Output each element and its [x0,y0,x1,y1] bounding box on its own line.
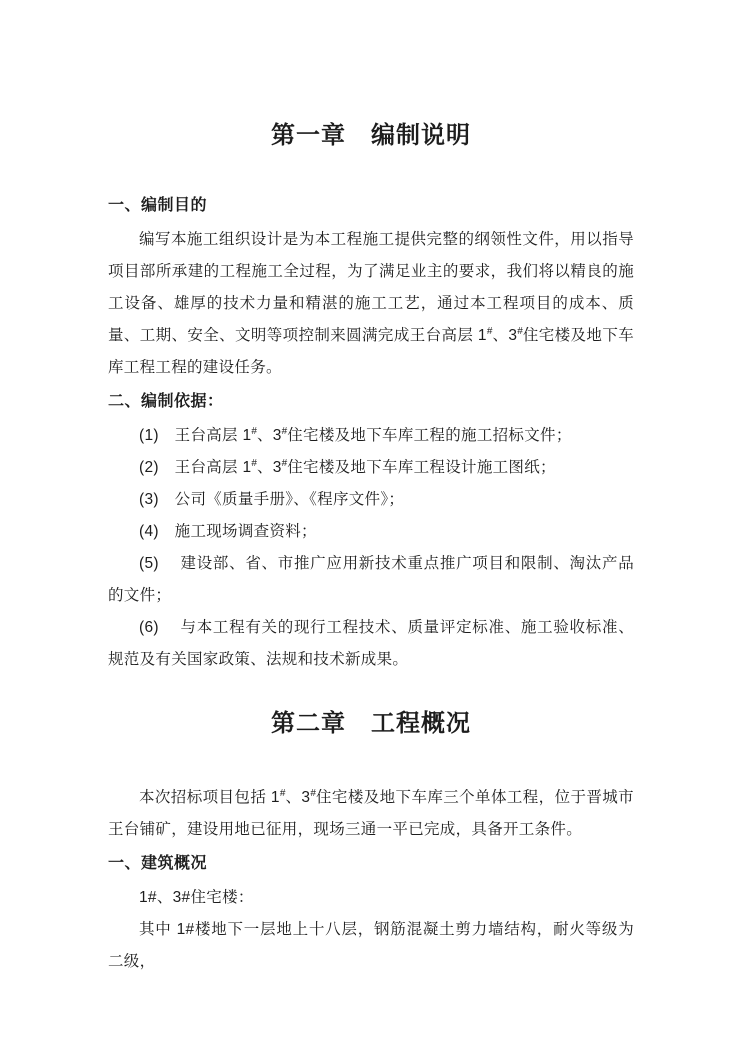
chapter1-basis-heading: 二、编制依据： [108,386,634,418]
basis-item-3: (3) 公司《质量手册》、《程序文件》； [108,484,634,516]
chapter1-purpose-paragraph: 编写本施工组织设计是为本工程施工提供完整的纲领性文件，用以指导项目部所承建的工程… [108,224,634,384]
chapter2-title: 第二章 工程概况 [108,706,634,742]
chapter1-title: 第一章 编制说明 [108,118,634,154]
chapter2-building-heading: 一、建筑概况 [108,848,634,880]
document-page: 第一章 编制说明 一、编制目的 编写本施工组织设计是为本工程施工提供完整的纲领性… [0,0,744,1052]
basis-item-1: (1) 王台高层 1#、3#住宅楼及地下车库工程的施工招标文件； [108,420,634,452]
basis-item-2: (2) 王台高层 1#、3#住宅楼及地下车库工程设计施工图纸； [108,452,634,484]
basis-item-5: (5) 建设部、省、市推广应用新技术重点推广项目和限制、淘汰产品的文件； [108,548,634,612]
basis-item-4: (4) 施工现场调查资料； [108,516,634,548]
building-line-1: 1#、3#住宅楼： [108,882,634,914]
building-line-2: 其中 1#楼地下一层地上十八层，钢筋混凝土剪力墙结构，耐火等级为二级， [108,914,634,978]
chapter1-purpose-heading: 一、编制目的 [108,190,634,222]
basis-item-6: (6) 与本工程有关的现行工程技术、质量评定标准、施工验收标准、规范及有关国家政… [108,612,634,676]
chapter2-intro-paragraph: 本次招标项目包括 1#、3#住宅楼及地下车库三个单体工程，位于晋城市王台铺矿，建… [108,782,634,846]
